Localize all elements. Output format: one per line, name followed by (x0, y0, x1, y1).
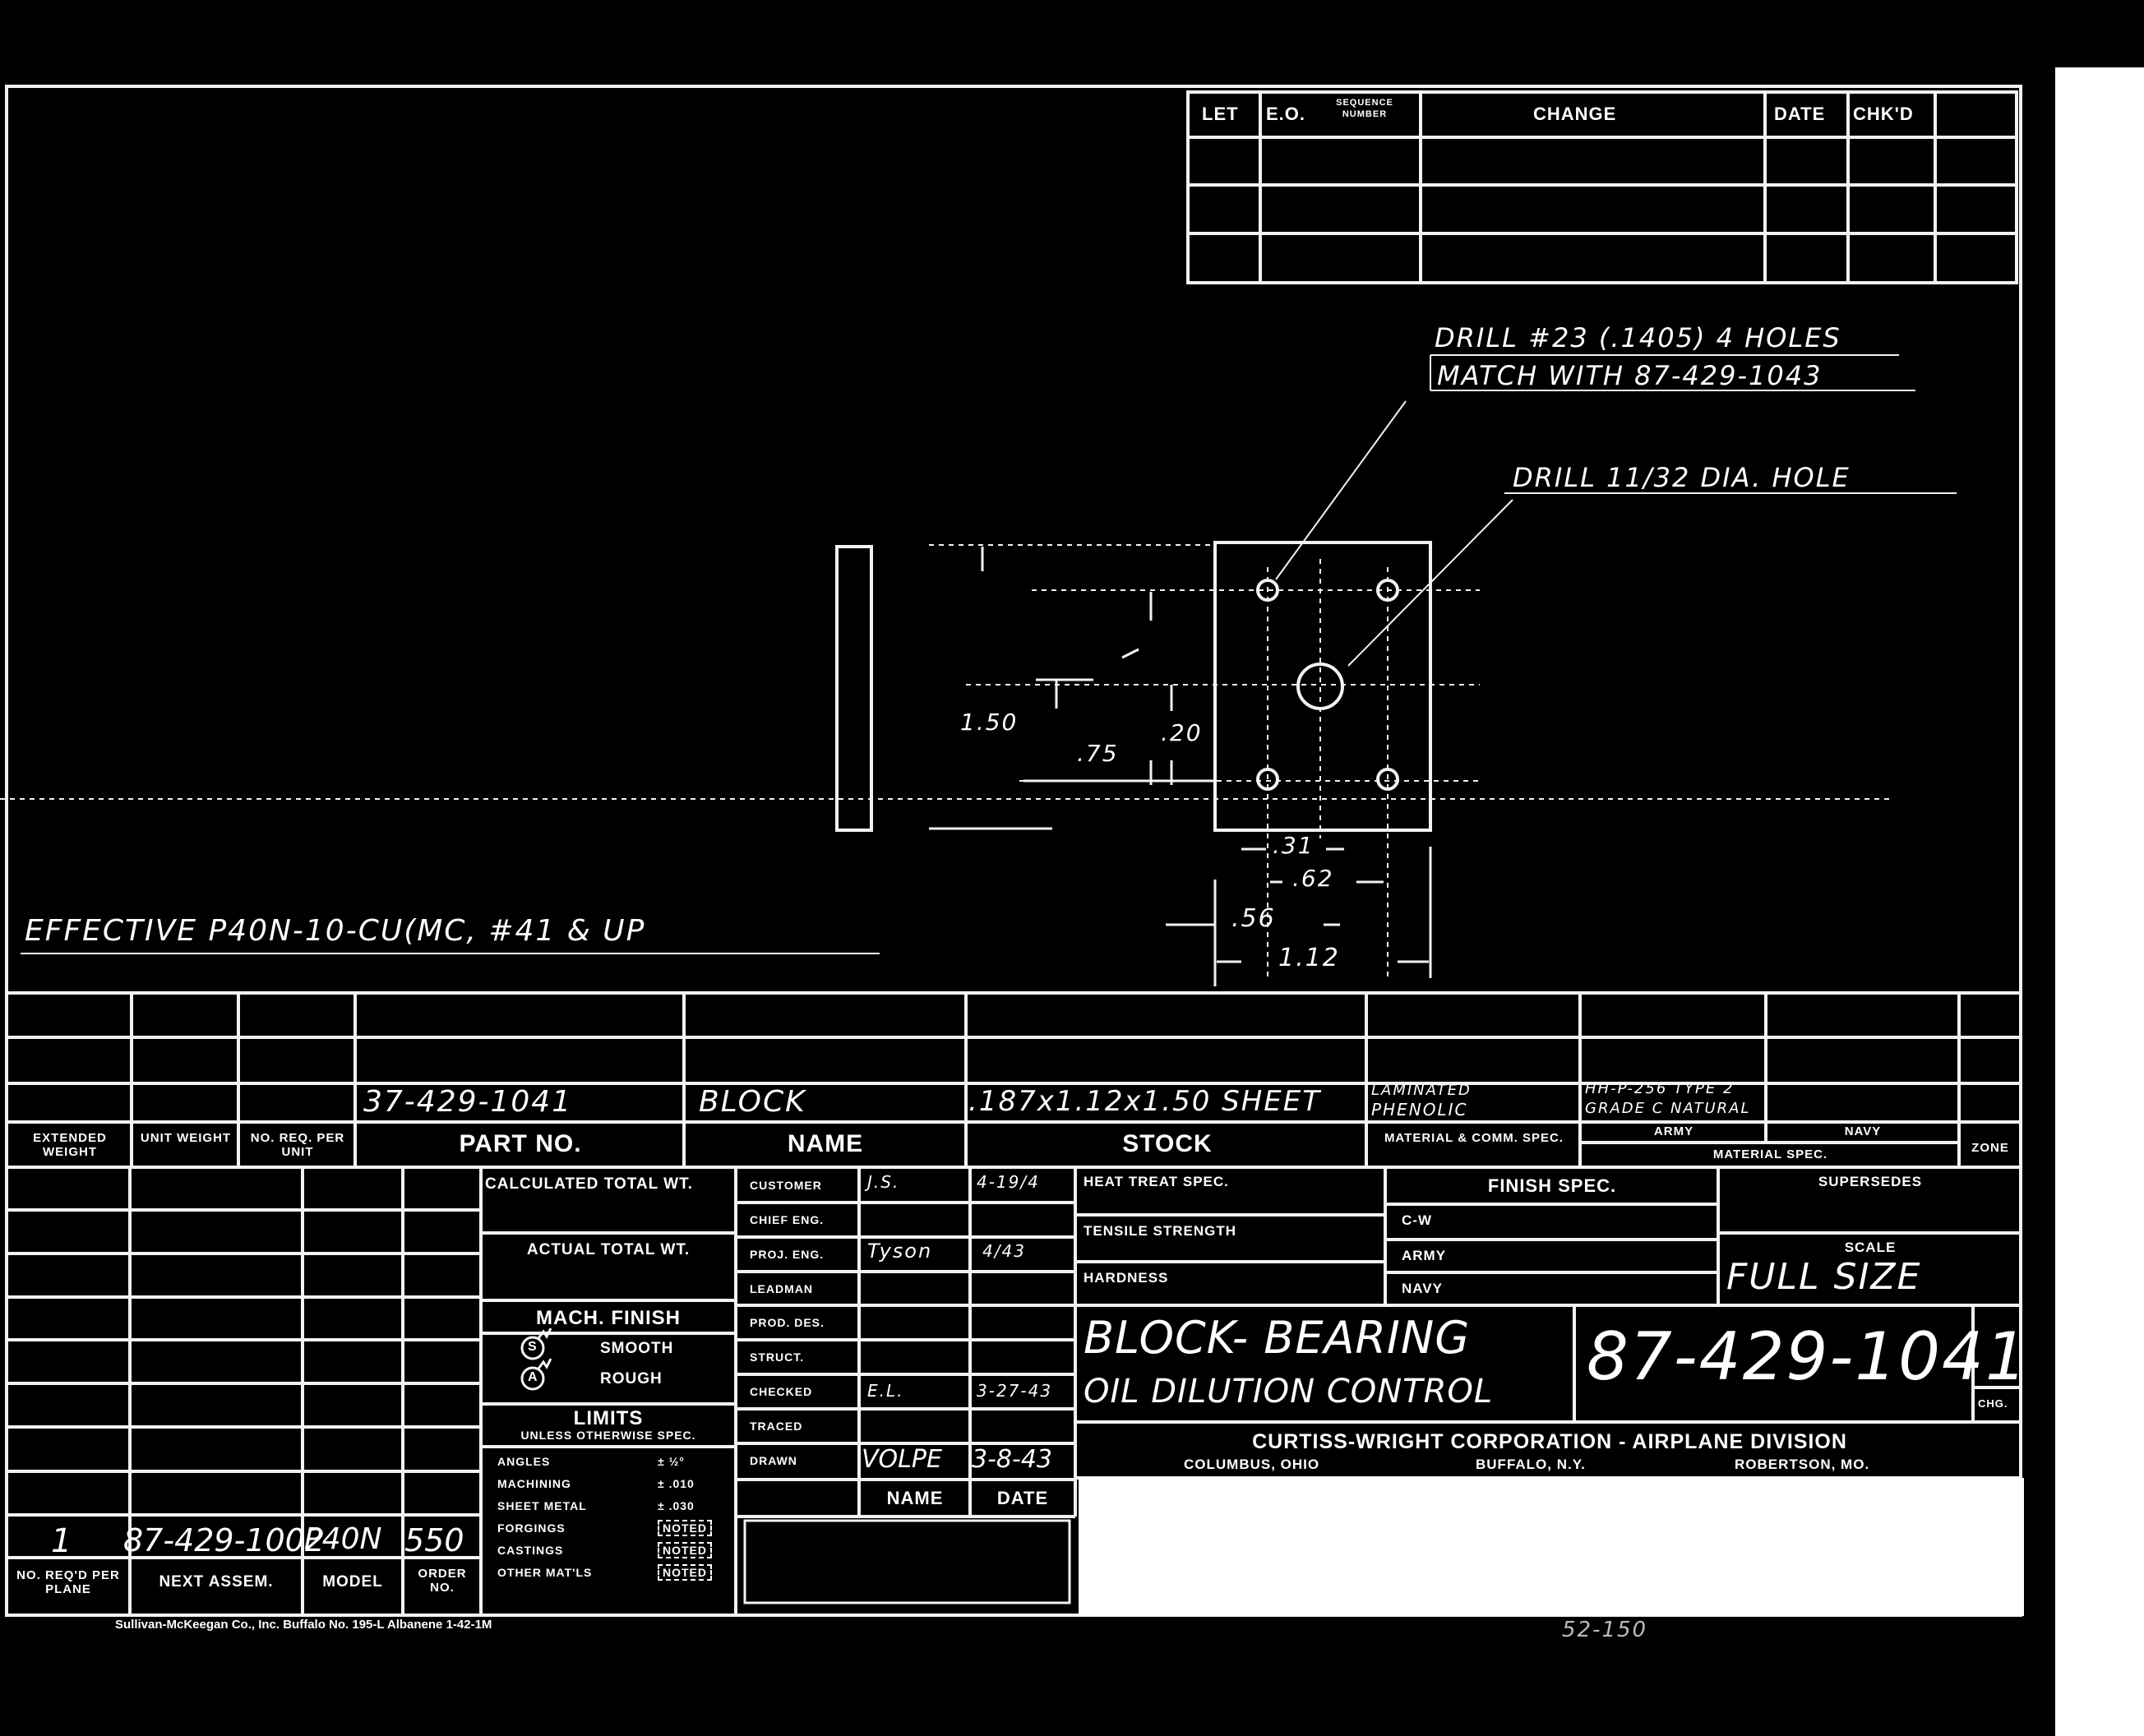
limit-label-machining: MACHINING (497, 1477, 571, 1490)
material-spec-2: GRADE C NATURAL (1585, 1100, 1751, 1117)
role-proj-eng: PROJ. ENG. (750, 1248, 824, 1261)
note-drill-large: DRILL 11/32 DIA. HOLE (1513, 462, 1851, 493)
finish-navy: NAVY (1402, 1281, 1443, 1297)
limit-value-angles: ± ½° (658, 1455, 685, 1468)
checked-name: E.L. (867, 1381, 904, 1401)
role-chief-eng: CHIEF ENG. (750, 1213, 824, 1226)
rev-header-let: LET (1202, 104, 1239, 125)
hdr-stock: STOCK (970, 1130, 1365, 1158)
dim-56: .56 (1231, 904, 1276, 933)
dim-hole-offset: .20 (1161, 719, 1203, 746)
dim-height: 1.50 (960, 709, 1018, 736)
hdr-approval-date: DATE (972, 1488, 1074, 1509)
order-no-value: 550 (404, 1522, 464, 1558)
note-effectivity: EFFECTIVE P40N-10-CU(MC, #41 & UP (25, 914, 645, 948)
role-customer: CUSTOMER (750, 1179, 822, 1192)
stock-value: .187x1.12x1.50 SHEET (968, 1085, 1321, 1118)
role-drawn: DRAWN (750, 1454, 797, 1467)
role-checked: CHECKED (750, 1385, 812, 1398)
rev-header-eo: E.O. (1266, 104, 1305, 125)
hdr-navy: NAVY (1769, 1124, 1957, 1138)
drawing-title-line2: OIL DILUTION CONTROL (1084, 1373, 1493, 1410)
drawing-number: 87-429-1041 (1587, 1318, 2029, 1395)
smooth-label: SMOOTH (600, 1340, 673, 1358)
hdr-no-per-plane: NO. REQ'D PER PLANE (8, 1568, 128, 1596)
note-drill-small-2: MATCH WITH 87-429-1043 (1437, 360, 1822, 391)
limits-subtitle: UNLESS OTHERWISE SPEC. (485, 1429, 732, 1442)
rev-header-date: DATE (1774, 104, 1825, 125)
customer-date: 4-19/4 (977, 1172, 1040, 1192)
hdr-zone: ZONE (1963, 1141, 2017, 1155)
printer-imprint: Sullivan-McKeegan Co., Inc. Buffalo No. … (115, 1618, 492, 1632)
supersedes-label: SUPERSEDES (1722, 1174, 2018, 1190)
hdr-unit-weight: UNIT WEIGHT (135, 1131, 237, 1145)
calculated-weight-label: CALCULATED TOTAL WT. (485, 1175, 693, 1193)
limit-value-other: NOTED (658, 1564, 712, 1581)
limit-value-machining: ± .010 (658, 1477, 695, 1490)
chg-label: CHG. (1978, 1397, 2008, 1410)
limit-label-castings: CASTINGS (497, 1544, 563, 1557)
location-robertson: ROBERTSON, MO. (1735, 1457, 1869, 1473)
hardness-label: HARDNESS (1084, 1270, 1168, 1286)
location-buffalo: BUFFALO, N.Y. (1476, 1457, 1586, 1473)
model-value: P40N (304, 1522, 381, 1556)
rough-label: ROUGH (600, 1370, 663, 1388)
drawn-name: VOLPE (862, 1445, 942, 1474)
hdr-name: NAME (687, 1130, 963, 1158)
rev-header-chkd: CHK'D (1853, 104, 1914, 125)
hdr-order-no: ORDER NO. (404, 1567, 480, 1595)
scale-value: FULL SIZE (1726, 1256, 1921, 1298)
next-assem-value: 87-429-1002 (123, 1522, 325, 1558)
customer-name: J.S. (867, 1172, 899, 1192)
part-number-value: 37-429-1041 (363, 1085, 572, 1119)
dim-upper-offset: .75 (1077, 740, 1119, 767)
role-traced: TRACED (750, 1420, 802, 1433)
drawing-title-line1: BLOCK- BEARING (1084, 1312, 1470, 1364)
limit-label-angles: ANGLES (497, 1455, 550, 1468)
limit-value-castings: NOTED (658, 1542, 712, 1558)
hdr-model: MODEL (304, 1573, 401, 1591)
dim-62: .62 (1292, 865, 1334, 892)
mach-finish-title: MACH. FINISH (485, 1307, 732, 1330)
hdr-part-no: PART NO. (358, 1130, 682, 1158)
hdr-extended-weight: EXTENDED WEIGHT (10, 1131, 130, 1159)
limit-label-forgings: FORGINGS (497, 1521, 566, 1535)
drawn-date: 3-8-43 (972, 1445, 1052, 1474)
limits-title: LIMITS (485, 1407, 732, 1430)
actual-weight-label: ACTUAL TOTAL WT. (485, 1241, 732, 1259)
hdr-material-comm: MATERIAL & COMM. SPEC. (1370, 1131, 1578, 1145)
hdr-approval-name: NAME (862, 1488, 968, 1509)
role-leadman: LEADMAN (750, 1282, 813, 1295)
heat-treat-label: HEAT TREAT SPEC. (1084, 1174, 1229, 1190)
hdr-material-spec: MATERIAL SPEC. (1583, 1147, 1957, 1161)
hdr-no-req: NO. REQ. PER UNIT (242, 1131, 353, 1159)
material-spec-1: HH-P-256 TYPE 2 (1585, 1080, 1734, 1097)
dim-31: .31 (1273, 832, 1315, 859)
smooth-symbol: S (528, 1340, 538, 1355)
file-stamp: 52-150 (1562, 1618, 1647, 1642)
scale-label: SCALE (1722, 1240, 2018, 1256)
finish-spec-title: FINISH SPEC. (1389, 1175, 1715, 1197)
finish-cw: C-W (1402, 1212, 1432, 1229)
limit-label-other: OTHER MAT'LS (497, 1566, 592, 1579)
rough-symbol: A (528, 1370, 538, 1385)
drawing-linework (0, 0, 2144, 1736)
no-per-plane-value: 1 (51, 1522, 73, 1560)
part-name-value: BLOCK (699, 1085, 806, 1119)
material-comm-1: LAMINATED (1371, 1082, 1472, 1099)
hdr-army: ARMY (1583, 1124, 1764, 1138)
tensile-label: TENSILE STRENGTH (1084, 1223, 1236, 1240)
limit-label-sheet-metal: SHEET METAL (497, 1499, 587, 1512)
limit-value-forgings: NOTED (658, 1520, 712, 1536)
finish-army: ARMY (1402, 1248, 1446, 1264)
rev-header-change: CHANGE (1533, 104, 1616, 125)
dim-112: 1.12 (1278, 944, 1340, 972)
company-name: CURTISS-WRIGHT CORPORATION - AIRPLANE DI… (1079, 1430, 2021, 1454)
proj-eng-name: Tyson (867, 1240, 932, 1263)
material-comm-2: PHENOLIC (1371, 1100, 1467, 1120)
role-prod-des: PROD. DES. (750, 1316, 825, 1329)
blank-scan-region (1079, 1478, 2024, 1616)
limit-value-sheet-metal: ± .030 (658, 1499, 695, 1512)
role-struct: STRUCT. (750, 1350, 804, 1364)
rev-header-seq: SEQUENCE NUMBER (1315, 97, 1414, 120)
location-columbus: COLUMBUS, OHIO (1184, 1457, 1319, 1473)
proj-eng-date: 4/43 (982, 1241, 1026, 1261)
note-drill-small-1: DRILL #23 (.1405) 4 HOLES (1435, 322, 1841, 353)
checked-date: 3-27-43 (977, 1381, 1052, 1401)
hdr-next-assem: NEXT ASSEM. (132, 1573, 301, 1591)
